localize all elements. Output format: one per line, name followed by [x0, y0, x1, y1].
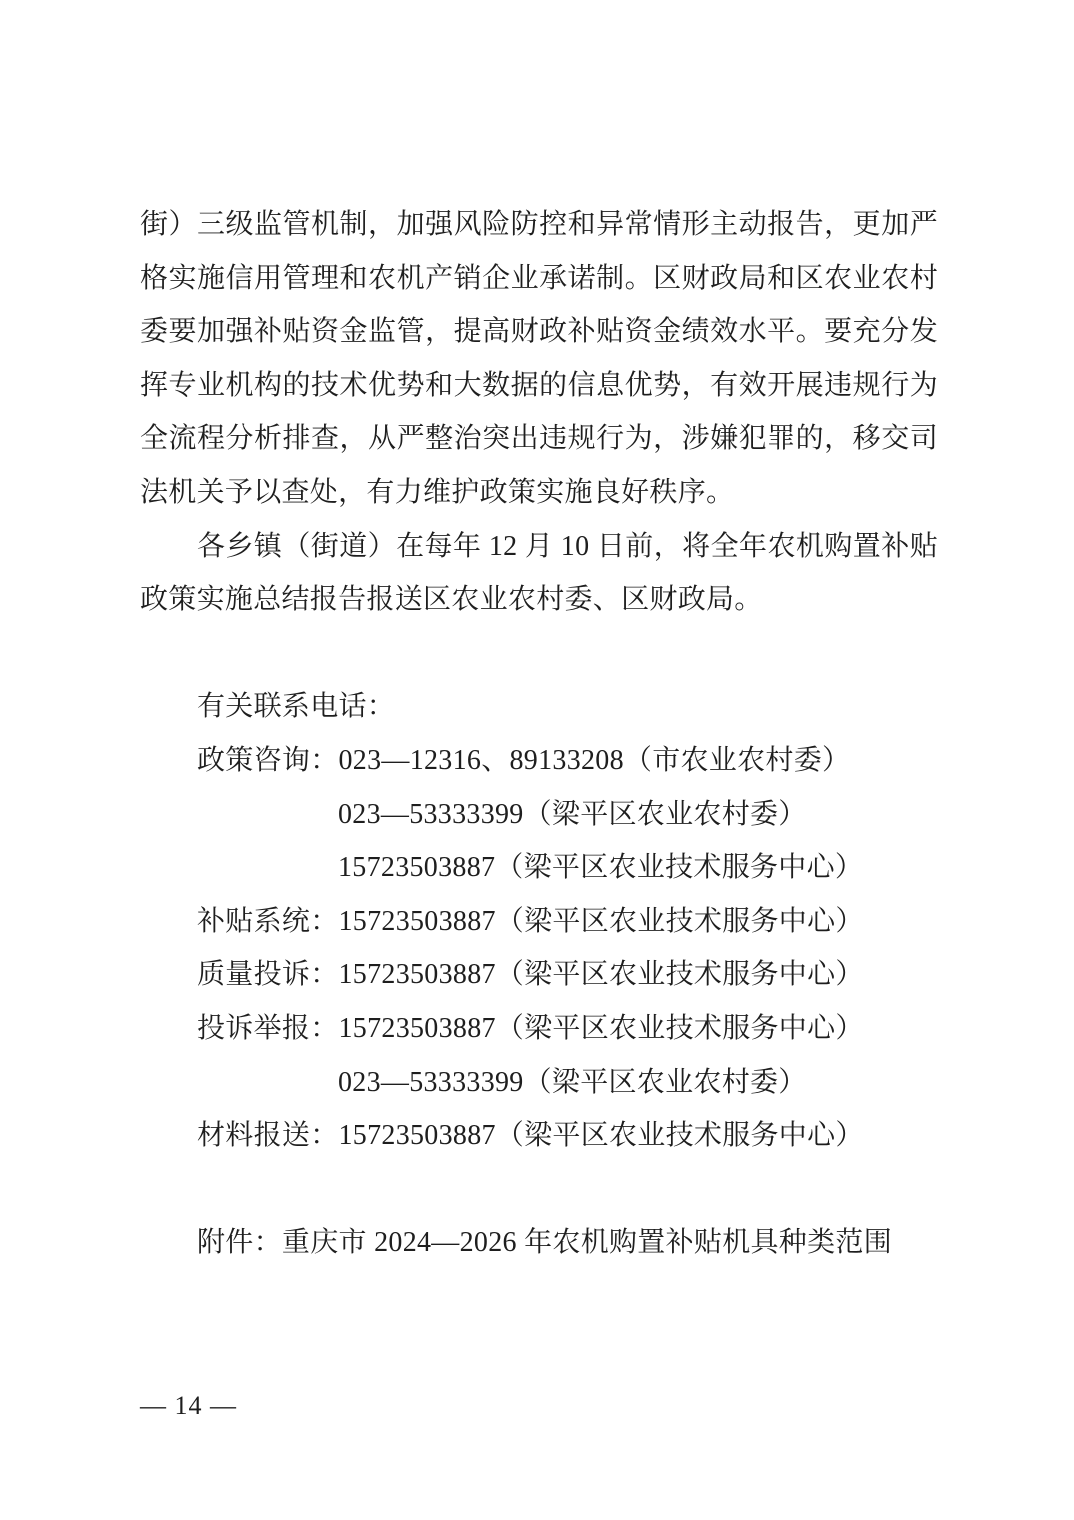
paragraph1-line: 法机关予以查处，有力维护政策实施良好秩序。	[140, 466, 938, 520]
paragraph2-line: 各乡镇（街道）在每年 12 月 10 日前，将全年农机购置补贴	[140, 520, 938, 574]
contact-row-report: 投诉举报：15723503887（梁平区农业技术服务中心）	[140, 1002, 938, 1056]
page-number: — 14 —	[140, 1386, 237, 1426]
document-page: 街）三级监管机制，加强风险防控和异常情形主动报告，更加严 格实施信用管理和农机产…	[0, 0, 1074, 1520]
contacts-heading: 有关联系电话：	[140, 680, 938, 734]
paragraph1-line: 委要加强补贴资金监管，提高财政补贴资金绩效水平。要充分发	[140, 305, 938, 359]
contact-row-subsidy-system: 补贴系统：15723503887（梁平区农业技术服务中心）	[140, 895, 938, 949]
paragraph1-line: 全流程分析排查，从严整治突出违规行为，涉嫌犯罪的，移交司	[140, 412, 938, 466]
contact-row-policy-consult-cont: 15723503887（梁平区农业技术服务中心）	[140, 841, 938, 895]
contact-row-policy-consult: 政策咨询：023—12316、89133208（市农业农村委）	[140, 734, 938, 788]
paragraph1-line: 格实施信用管理和农机产销企业承诺制。区财政局和区农业农村	[140, 252, 938, 306]
blank-line	[140, 1163, 938, 1217]
paragraph2-line: 政策实施总结报告报送区农业农村委、区财政局。	[140, 573, 938, 627]
contact-row-quality-complaint: 质量投诉：15723503887（梁平区农业技术服务中心）	[140, 948, 938, 1002]
document-body: 街）三级监管机制，加强风险防控和异常情形主动报告，更加严 格实施信用管理和农机产…	[140, 198, 938, 1270]
paragraph1-line: 街）三级监管机制，加强风险防控和异常情形主动报告，更加严	[140, 198, 938, 252]
paragraph1-line: 挥专业机构的技术优势和大数据的信息优势，有效开展违规行为	[140, 359, 938, 413]
contact-row-report-cont: 023—53333399（梁平区农业农村委）	[140, 1056, 938, 1110]
blank-line	[140, 627, 938, 681]
contact-row-material-submit: 材料报送：15723503887（梁平区农业技术服务中心）	[140, 1109, 938, 1163]
contact-row-policy-consult-cont: 023—53333399（梁平区农业农村委）	[140, 788, 938, 842]
attachment-line: 附件：重庆市 2024—2026 年农机购置补贴机具种类范围	[140, 1216, 938, 1270]
